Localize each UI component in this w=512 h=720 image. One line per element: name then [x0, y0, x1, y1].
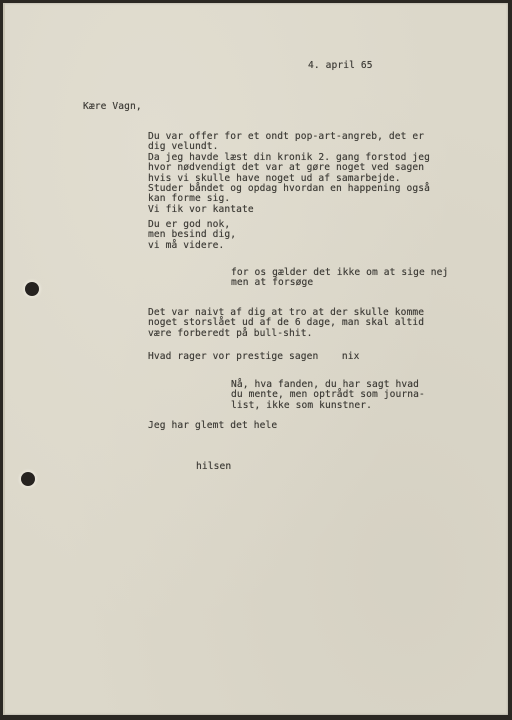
paragraph-6: Nå, hva fanden, du har sagt hvaddu mente… [231, 380, 425, 411]
text-line: list, ikke som kunstner. [231, 401, 425, 411]
letter-date: 4. april 65 [308, 61, 373, 71]
text-line: Vi fik vor kantate [148, 205, 430, 215]
paragraph-7: Jeg har glemt det hele [148, 421, 277, 431]
punch-hole-icon [21, 472, 35, 486]
punch-hole-icon [25, 282, 39, 296]
text-line: være forberedt på bull-shit. [148, 329, 424, 339]
text-line: Hvad rager vor prestige sagen nix [148, 352, 360, 362]
text-line: Jeg har glemt det hele [148, 421, 277, 431]
text-line: vi må videre. [148, 241, 236, 251]
paragraph-4: Det var naivt af dig at tro at der skull… [148, 308, 424, 339]
letter-greeting: Kære Vagn, [83, 102, 142, 112]
text-line: men at forsøge [231, 278, 448, 288]
paragraph-2: Du er god nok,men besind dig,vi må vider… [148, 220, 236, 251]
page-edge [3, 3, 5, 715]
letter-closing: hilsen [196, 462, 231, 472]
paragraph-1: Du var offer for et ondt pop-art-angreb,… [148, 132, 430, 215]
letter-page: 4. april 65 Kære Vagn, Du var offer for … [3, 3, 508, 715]
paragraph-5: Hvad rager vor prestige sagen nix [148, 352, 360, 362]
paragraph-3: for os gælder det ikke om at sige nejmen… [231, 268, 448, 289]
